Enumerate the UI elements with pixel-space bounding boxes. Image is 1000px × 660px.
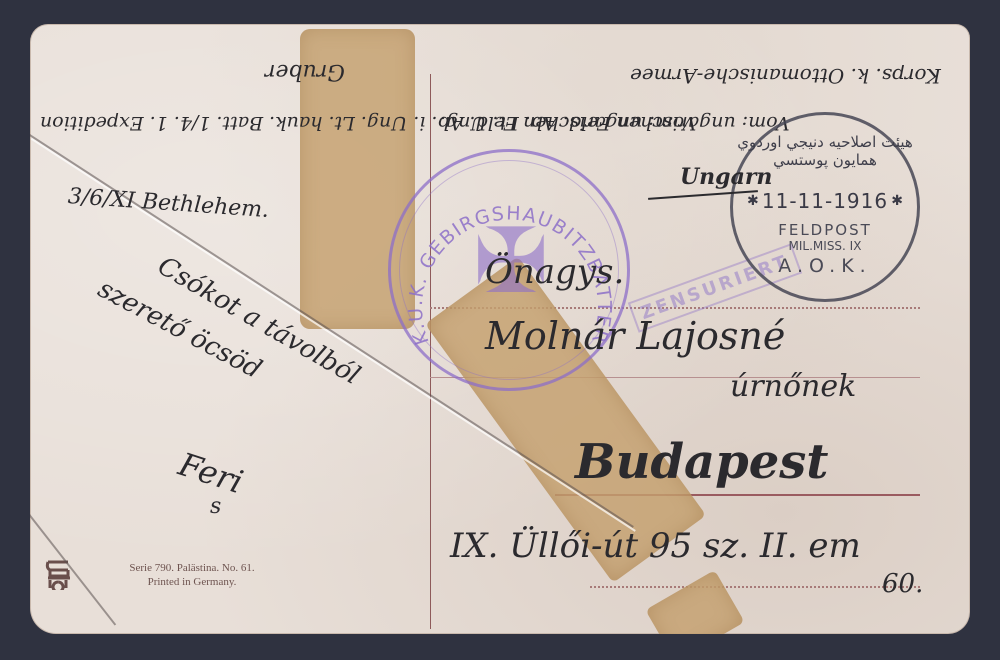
address-street: IX. Üllői-út 95 sz. II. em [450, 526, 861, 566]
address-door: 60. [882, 569, 923, 599]
postcard: Serie 790. Palästina. No. 61. Printed in… [30, 24, 970, 634]
address-city: Budapest [575, 434, 828, 490]
address-recipient-name: Molnár Lajosné [485, 314, 785, 358]
signature-flourish: s [210, 494, 221, 519]
address-recipient-title: úrnőnek [730, 369, 856, 404]
postmark-star-icon: ✱ [891, 193, 903, 209]
imprint-printed-in: Printed in Germany. [92, 575, 292, 589]
upside-down-return-line-1: Vom: ungarischen Feld. Ab. Lt. Ung. [440, 112, 790, 134]
postmark-date: 11-11-1916 [733, 189, 917, 213]
postmark-feldpost: FELDPOST [733, 221, 917, 239]
message-dateline: 3/6/XI Bethlehem. [67, 184, 270, 223]
feldpost-postmark: هيئت اصلاحيه دنيجي اوردوي همايون پوستسي … [730, 112, 920, 302]
tape-strip-fragment [645, 570, 744, 634]
upside-down-return-line-2: Korps. k. Ottomanische-Armee [630, 64, 941, 88]
upside-down-sender-name: Gruber [265, 59, 345, 84]
imprint-series: Serie 790. Palästina. No. 61. [92, 561, 292, 575]
postmark-aok: A.O.K. [733, 255, 917, 277]
printed-imprint: Serie 790. Palästina. No. 61. Printed in… [92, 561, 292, 589]
address-country: Ungarn [680, 164, 772, 190]
postmark-mil-miss: MIL.MISS. IX [733, 239, 917, 253]
address-salutation: Önagys. [485, 252, 624, 292]
message-signature: Feri [174, 445, 247, 501]
address-rule-4 [590, 586, 920, 588]
